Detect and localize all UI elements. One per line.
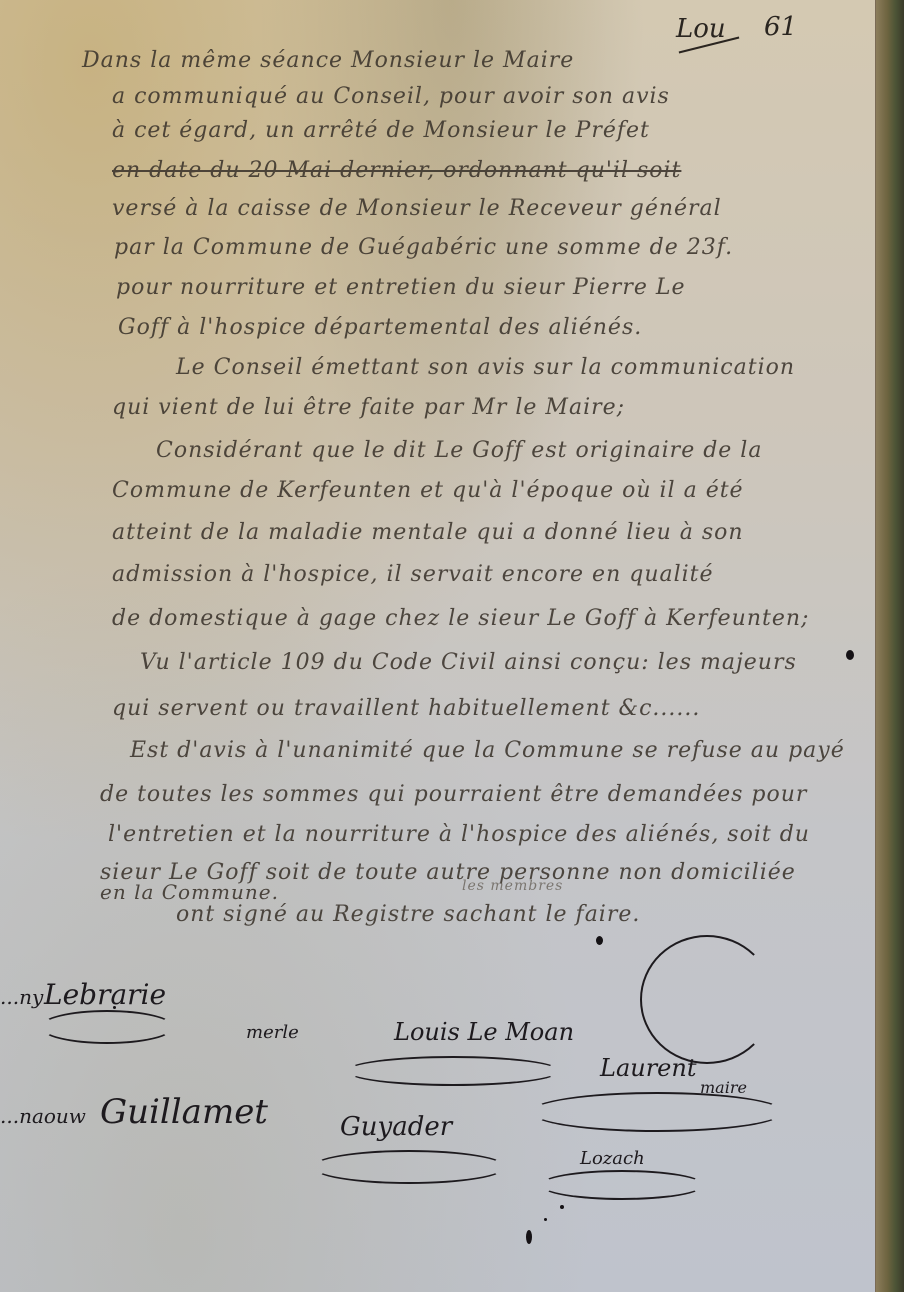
signature-guillamet: Guillamet <box>100 1092 268 1132</box>
text-line-20: l'entretien et la nourriture à l'hospice… <box>108 822 810 847</box>
ink-blot <box>596 936 603 945</box>
text-line-7: pour nourriture et entretien du sieur Pi… <box>116 275 685 300</box>
margin-fragment: merle <box>246 1022 299 1043</box>
folio-number: 61 <box>764 12 797 42</box>
text-line-9: Le Conseil émettant son avis sur la comm… <box>176 355 795 380</box>
margin-fragment: ...naouw <box>0 1104 86 1128</box>
signature-flourish <box>346 1056 560 1086</box>
text-line-13: atteint de la maladie mentale qui a donn… <box>112 520 744 545</box>
signature-laurent: Laurent <box>600 1054 696 1082</box>
text-line-10: qui vient de lui être faite par Mr le Ma… <box>112 395 625 420</box>
text-line-18: Est d'avis à l'unanimité que la Commune … <box>130 738 845 763</box>
signature-guyader: Guyader <box>340 1112 452 1142</box>
folio-prefix: Lou <box>676 14 726 44</box>
interlinear-insertion: les membres <box>462 878 563 894</box>
ink-blot <box>560 1205 564 1209</box>
text-line-19: de toutes les sommes qui pourraient être… <box>100 782 807 807</box>
signature-louis-le-moan: Louis Le Moan <box>394 1018 574 1046</box>
text-line-2: a communiqué au Conseil, pour avoir son … <box>112 84 670 109</box>
text-line-6: par la Commune de Guégabéric une somme d… <box>114 235 733 260</box>
text-line-22: en la Commune. <box>100 880 279 904</box>
text-line-1: Dans la même séance Monsieur le Maire <box>82 48 574 73</box>
signature-lebrarie: Lebrarie <box>44 978 166 1011</box>
signature-flourish <box>312 1150 506 1184</box>
ink-blot <box>544 1218 547 1221</box>
margin-fragment: ...ny <box>0 985 43 1009</box>
signature-flourish <box>40 1010 174 1044</box>
signature-flourish-loop <box>640 935 774 1064</box>
book-binding <box>876 0 904 1292</box>
text-line-4: en date du 20 Mai dernier, ordonnant qu'… <box>112 158 681 183</box>
text-line-23: ont signé au Registre sachant le faire. <box>176 902 640 927</box>
manuscript-page: Lou 61 Dans la même séance Monsieur le M… <box>0 0 904 1292</box>
signature-flourish <box>540 1170 704 1200</box>
text-line-16: Vu l'article 109 du Code Civil ainsi con… <box>140 650 797 675</box>
text-line-3: à cet égard, un arrêté de Monsieur le Pr… <box>112 118 650 143</box>
text-line-12: Commune de Kerfeunten et qu'à l'époque o… <box>112 478 744 503</box>
ink-blot <box>113 1006 116 1009</box>
ink-blot <box>846 650 854 660</box>
text-line-11: Considérant que le dit Le Goff est origi… <box>156 438 762 463</box>
text-line-14: admission à l'hospice, il servait encore… <box>112 562 714 587</box>
text-line-15: de domestique à gage chez le sieur Le Go… <box>112 606 809 631</box>
text-line-17: qui servent ou travaillent habituellemen… <box>112 696 700 721</box>
text-line-5: versé à la caisse de Monsieur le Receveu… <box>112 196 722 221</box>
signature-flourish <box>530 1092 784 1132</box>
text-line-8: Goff à l'hospice départemental des alién… <box>118 315 642 340</box>
ink-blot <box>526 1230 532 1244</box>
signature-lozach: Lozach <box>580 1148 645 1169</box>
